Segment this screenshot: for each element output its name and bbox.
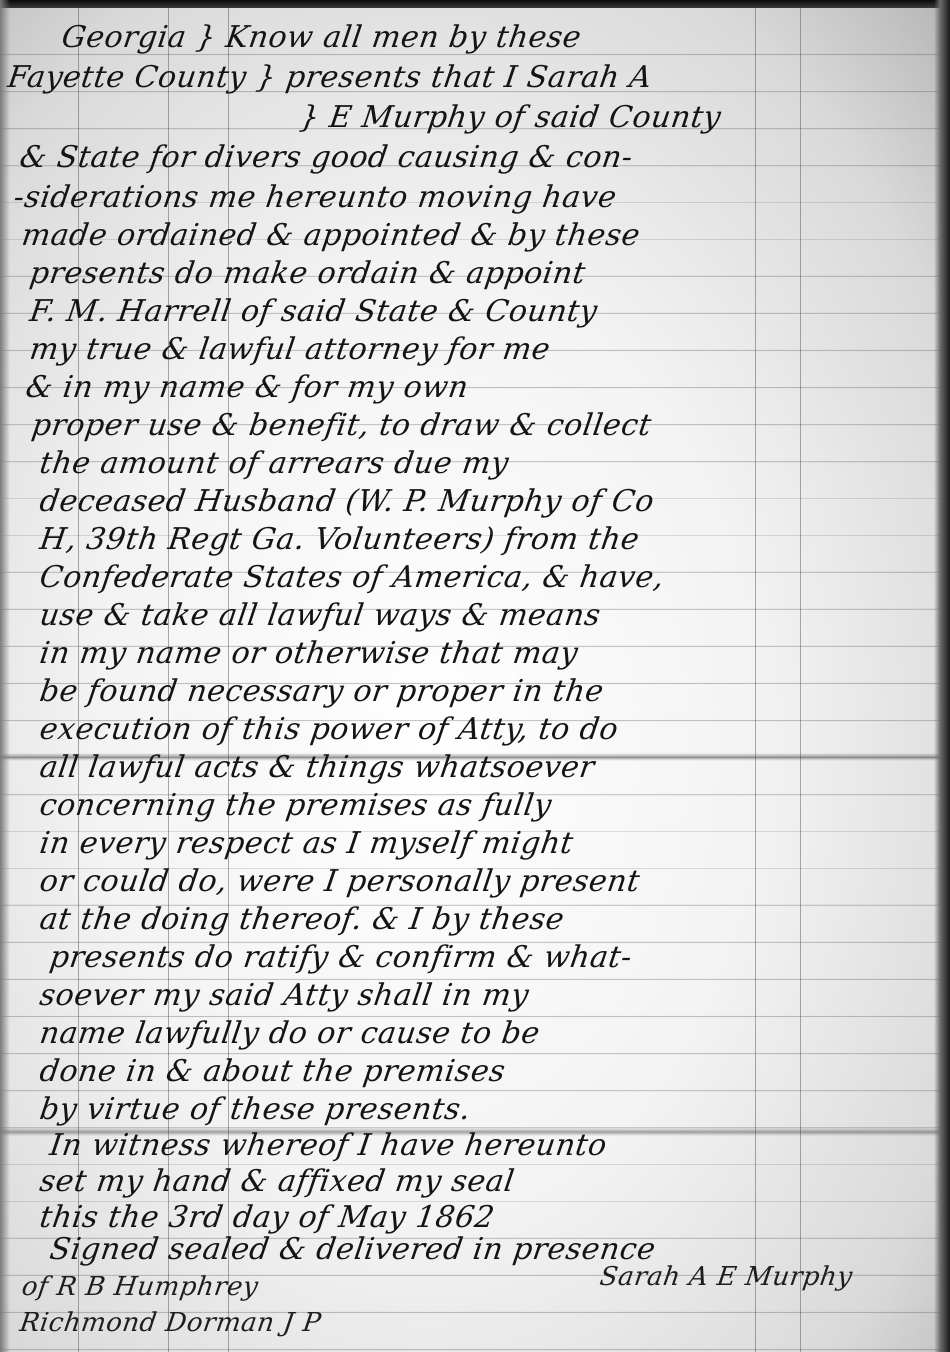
text-line: Confederate States of America, & have,: [38, 560, 667, 595]
text-line: execution of this power of Atty, to do: [38, 712, 621, 747]
text-line: by virtue of these presents.: [38, 1092, 473, 1127]
text-line: use & take all lawful ways & means: [38, 598, 603, 633]
text-line: or could do, were I personally present: [38, 864, 643, 899]
text-line: soever my said Atty shall in my: [38, 978, 532, 1013]
scan-border-left: [0, 0, 10, 1352]
text-line: done in & about the premises: [38, 1054, 508, 1089]
text-line: all lawful acts & things whatsoever: [38, 750, 597, 785]
text-line: Georgia } Know all men by these: [60, 20, 584, 55]
text-line: -siderations me hereunto moving have: [12, 180, 619, 215]
text-line: In witness whereof I have hereunto: [48, 1128, 610, 1163]
text-line: Signed sealed & delivered in presence: [48, 1232, 658, 1267]
scan-border-right: [934, 0, 950, 1352]
column-rule: [755, 0, 756, 1352]
text-line: } E Murphy of said County: [298, 100, 724, 135]
text-line: F. M. Harrell of said State & County: [28, 294, 600, 329]
scan-border-top: [0, 0, 950, 8]
text-line: Fayette County } presents that I Sarah A: [6, 60, 655, 95]
signature: Sarah A E Murphy: [598, 1262, 855, 1292]
text-line: in my name or otherwise that may: [38, 636, 581, 671]
text-line: name lawfully do or cause to be: [38, 1016, 543, 1051]
text-line: this the 3rd day of May 1862: [38, 1200, 497, 1235]
text-line: deceased Husband (W. P. Murphy of Co: [38, 484, 657, 519]
text-line: my true & lawful attorney for me: [28, 332, 553, 367]
text-line: & in my name & for my own: [24, 370, 471, 405]
column-rule: [800, 0, 801, 1352]
text-line: be found necessary or proper in the: [38, 674, 607, 709]
text-line: proper use & benefit, to draw & collect: [30, 408, 654, 443]
text-line: at the doing thereof. & I by these: [38, 902, 567, 937]
text-line: presents do ratify & confirm & what-: [48, 940, 635, 975]
text-line: made ordained & appointed & by these: [20, 218, 643, 253]
text-line: set my hand & affixed my seal: [38, 1164, 517, 1199]
document-page: Georgia } Know all men by these Fayette …: [0, 0, 950, 1352]
text-line: the amount of arrears due my: [38, 446, 512, 481]
text-line: H, 39th Regt Ga. Volunteers) from the: [38, 522, 642, 557]
text-line: concerning the premises as fully: [38, 788, 554, 823]
text-line: in every respect as I myself might: [38, 826, 576, 861]
text-line: & State for divers good causing & con-: [18, 140, 636, 175]
text-line: presents do make ordain & appoint: [28, 256, 588, 291]
witness-line: Richmond Dorman J P: [18, 1308, 323, 1338]
witness-line: of R B Humphrey: [20, 1272, 260, 1302]
